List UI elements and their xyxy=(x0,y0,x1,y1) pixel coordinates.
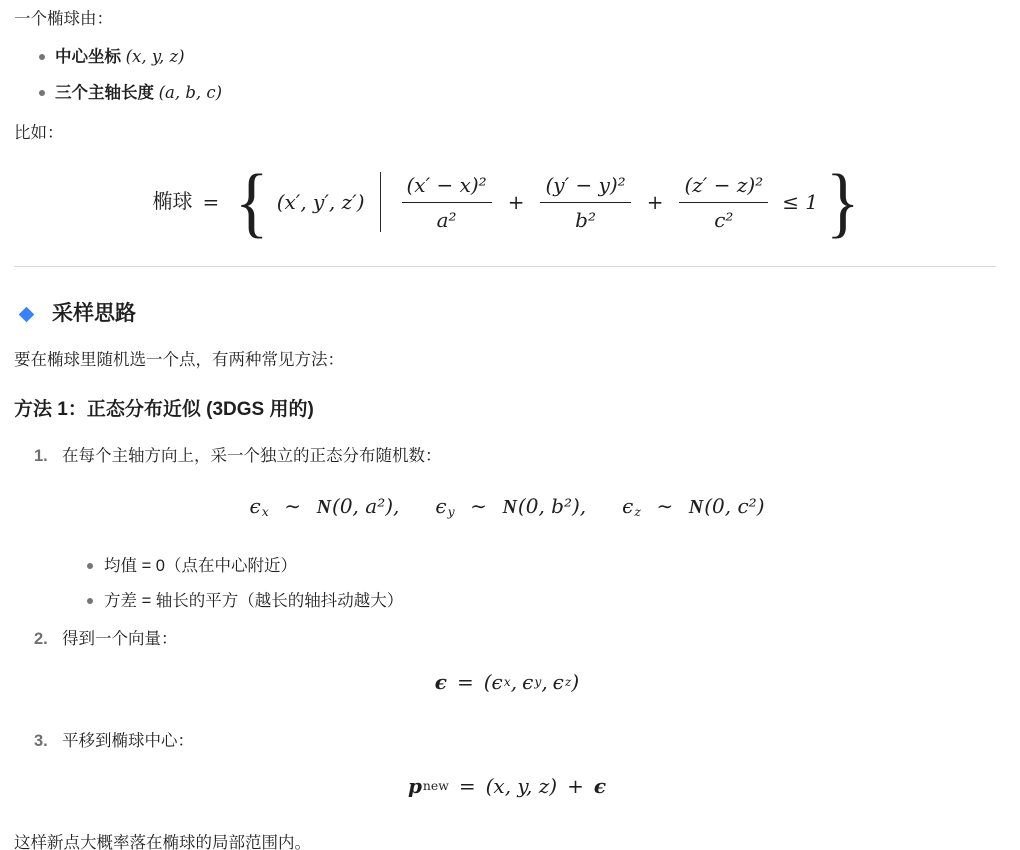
ellipsoid-formula: 椭球 = { (x′, y′, z′) (x′ − x)² a² + (y′ −… xyxy=(14,154,1000,250)
eps-bold: ϵ xyxy=(435,669,447,695)
property-item-axes: 三个主轴长度 (a, b, c) xyxy=(14,82,1000,104)
eps-bold: ϵ xyxy=(594,773,606,799)
step-text: 平移到椭球中心： xyxy=(62,732,194,750)
dist-group-y: ϵy ∼ N(0, b²), xyxy=(435,493,586,525)
section-heading-label: 采样思路 xyxy=(52,299,136,329)
p-bold: p xyxy=(408,773,422,799)
note-item-mean: 均值 = 0（点在中心附近） xyxy=(14,555,1000,577)
fraction-x: (x′ − x)² a² xyxy=(402,172,492,233)
right-brace: } xyxy=(826,167,860,237)
plus-sign: + xyxy=(567,773,584,799)
fraction-z: (z′ − z)² c² xyxy=(679,172,768,233)
formula-lhs: 椭球 xyxy=(153,189,193,215)
step-number: 3. xyxy=(34,730,48,752)
dot-icon xyxy=(87,598,93,604)
plus-sign: + xyxy=(508,189,525,215)
leq-one: ≤ 1 xyxy=(782,189,818,215)
property-list: 中心坐标 (x, y, z) 三个主轴长度 (a, b, c) xyxy=(14,46,1000,104)
section-divider xyxy=(14,266,996,267)
left-brace: { xyxy=(235,167,269,237)
tuple: (x, y, z) xyxy=(486,773,558,799)
note-item-variance: 方差 = 轴长的平方（越长的轴抖动越大） xyxy=(14,590,1000,612)
section-heading: 采样思路 xyxy=(14,299,1000,329)
step-text: 得到一个向量： xyxy=(62,630,178,648)
step-item-2: 2. 得到一个向量： xyxy=(14,628,1000,650)
method1-heading: 方法 1：正态分布近似 (3DGS 用的) xyxy=(14,397,1000,423)
property-math: (x, y, z) xyxy=(126,47,185,66)
fraction-y: (y′ − y)² b² xyxy=(540,172,630,233)
step-text: 在每个主轴方向上，采一个独立的正态分布随机数： xyxy=(62,447,442,465)
dot-icon xyxy=(87,563,93,569)
such-that-bar xyxy=(380,172,381,232)
note-text: 方差 = 轴长的平方（越长的轴抖动越大） xyxy=(104,592,403,610)
dot-icon xyxy=(39,54,45,60)
step-item-3: 3. 平移到椭球中心： xyxy=(14,730,1000,752)
note-text: 均值 = 0（点在中心附近） xyxy=(104,557,297,575)
property-item-center: 中心坐标 (x, y, z) xyxy=(14,46,1000,68)
step-number: 2. xyxy=(34,628,48,650)
property-label: 三个主轴长度 xyxy=(55,84,154,102)
tuple: (x′, y′, z′) xyxy=(277,189,365,215)
p-new-formula: pnew = (x, y, z) + ϵ xyxy=(14,766,1000,806)
equals-sign: = xyxy=(457,669,474,695)
dist-group-z: ϵz ∼ N(0, c²) xyxy=(622,493,764,525)
equals-sign: = xyxy=(203,189,220,215)
property-label: 中心坐标 xyxy=(55,48,121,66)
step-number: 1. xyxy=(34,445,48,467)
dist-group-x: ϵx ∼ N(0, a²), xyxy=(249,493,399,525)
note-list: 均值 = 0（点在中心附近） 方差 = 轴长的平方（越长的轴抖动越大） xyxy=(14,555,1000,612)
new-subscript: new xyxy=(423,773,449,799)
diamond-icon xyxy=(19,306,35,322)
equals-sign: = xyxy=(459,773,476,799)
property-math: (a, b, c) xyxy=(159,83,223,102)
step-item-1: 1. 在每个主轴方向上，采一个独立的正态分布随机数： xyxy=(14,445,1000,467)
intro-paragraph: 一个椭球由： xyxy=(14,8,1000,30)
plus-sign: + xyxy=(647,189,664,215)
dot-icon xyxy=(39,90,45,96)
outro-paragraph: 这样新点大概率落在椭球的局部范围内。 xyxy=(14,832,1000,850)
section-intro: 要在椭球里随机选一个点，有两种常见方法： xyxy=(14,349,1000,371)
eps-vector-formula: ϵ = (ϵx,ϵy,ϵz) xyxy=(14,662,1000,702)
example-label: 比如： xyxy=(14,122,1000,144)
document: 一个椭球由： 中心坐标 (x, y, z) 三个主轴长度 (a, b, c) 比… xyxy=(0,0,1020,850)
normal-dist-formula: ϵx ∼ N(0, a²), ϵy ∼ N(0, b²), ϵz ∼ N(0, … xyxy=(14,483,1000,535)
